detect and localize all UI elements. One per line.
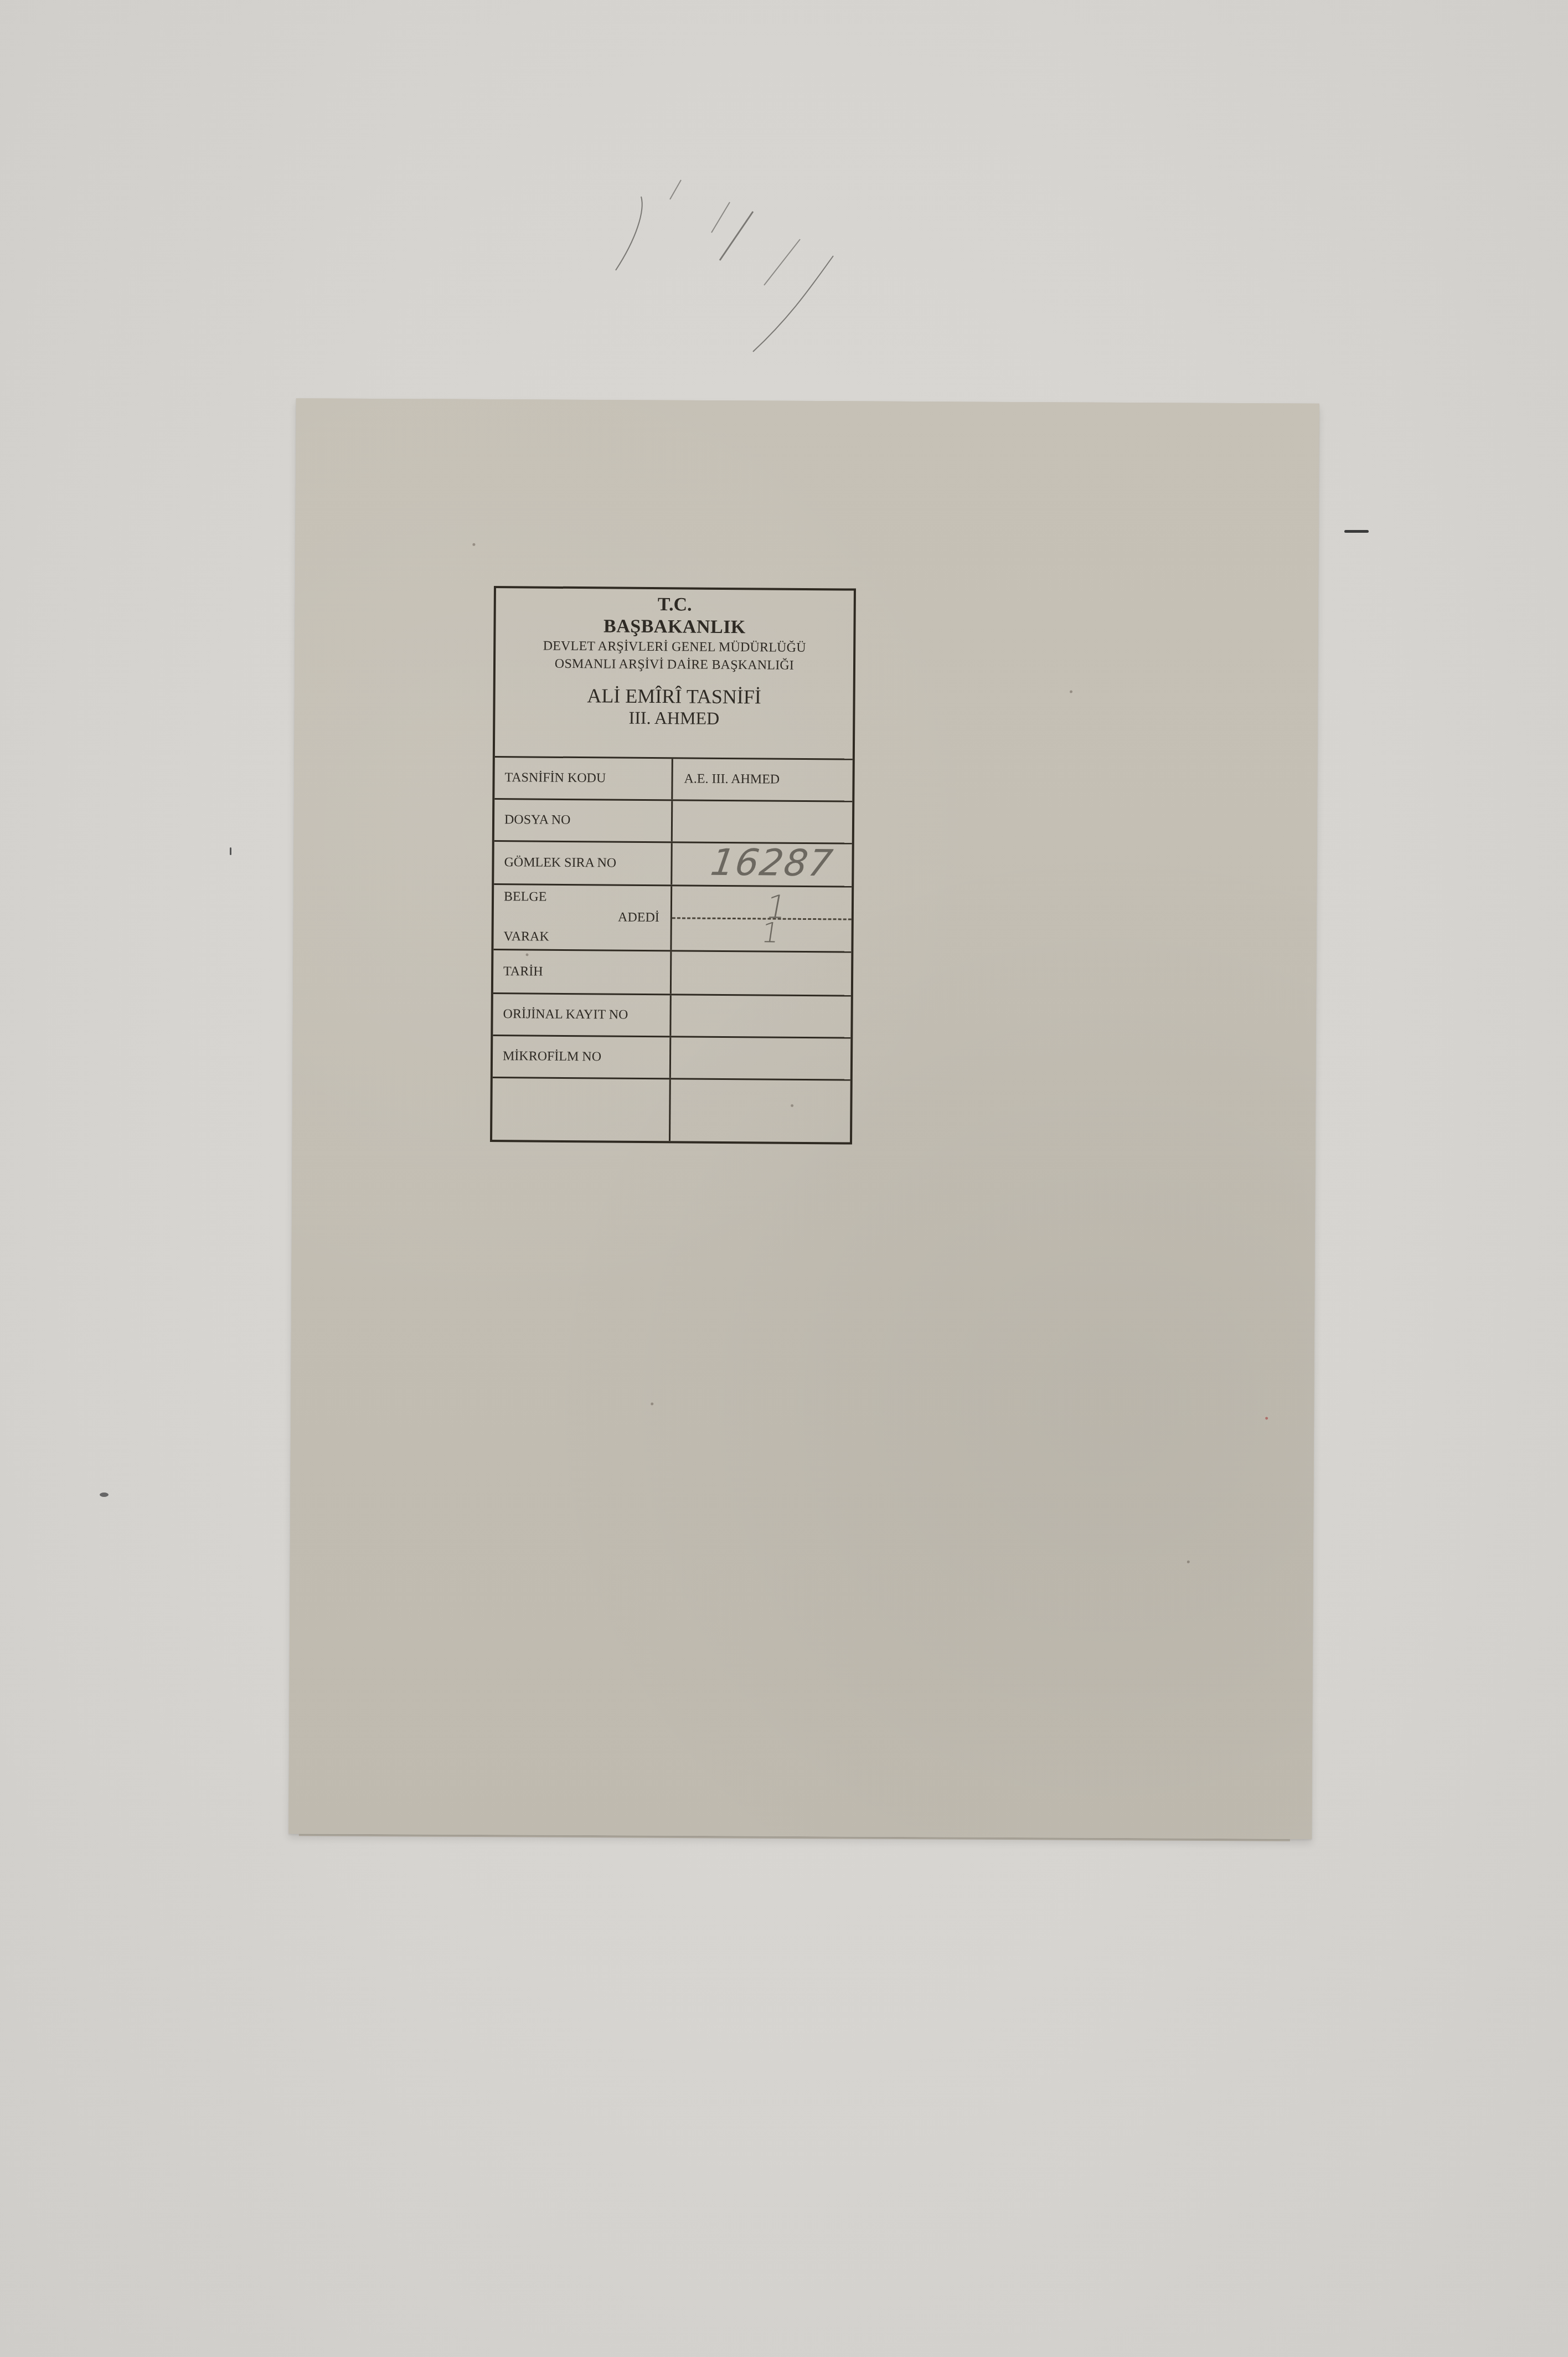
collection-title: ALİ EMÎRÎ TASNİFİ [495,683,853,709]
label-adedi-group: BELGE ADEDİ VARAK [493,885,672,950]
label-tarih: TARİH [493,950,672,994]
value-blank [670,1079,850,1142]
label-gomlek-sira-no: GÖMLEK SIRA NO [494,842,673,884]
label-blank [492,1078,671,1141]
photo-scene: T.C. BAŞBAKANLIK DEVLET ARŞİVLERİ GENEL … [0,0,1568,2357]
archive-record-form: T.C. BAŞBAKANLIK DEVLET ARŞİVLERİ GENEL … [490,586,856,1145]
handwritten-varak-count: 1 [759,917,781,949]
header-directorate: DEVLET ARŞİVLERİ GENEL MÜDÜRLÜĞÜ [496,637,853,657]
value-dosya-no [673,801,853,842]
stray-ink-mark [100,1493,109,1497]
row-tarih: TARİH [493,950,852,997]
row-dosya-no: DOSYA NO [494,800,853,845]
value-orijinal-kayit-no [671,995,851,1037]
label-dosya-no: DOSYA NO [494,800,673,841]
row-blank [492,1078,850,1143]
row-tasnifin-kodu: TASNİFİN KODU A.E. III. AHMED [494,758,853,802]
value-tasnifin-kodu: A.E. III. AHMED [673,759,853,800]
value-gomlek-sira-no: 16287 [672,843,852,886]
label-adedi: ADEDİ [618,910,659,926]
dotted-divider [672,917,852,920]
row-mikrofilm-no: MİKROFİLM NO [493,1036,851,1081]
label-mikrofilm-no: MİKROFİLM NO [493,1036,672,1078]
row-orijinal-kayit-no: ORİJİNAL KAYIT NO [493,994,851,1039]
stray-ink-mark [1344,530,1369,533]
label-varak: VARAK [503,929,549,945]
row-gomlek-sira-no: GÖMLEK SIRA NO 16287 [494,842,852,888]
pencil-scribble-marks [581,177,886,354]
row-adedi: BELGE ADEDİ VARAK 1 1 [493,885,852,953]
value-tarih [672,951,852,995]
form-header: T.C. BAŞBAKANLIK DEVLET ARŞİVLERİ GENEL … [495,588,854,760]
label-belge: BELGE [504,889,547,905]
collection-subtitle: III. AHMED [495,707,853,729]
header-department: OSMANLI ARŞİVİ DAİRE BAŞKANLIĞI [496,655,853,675]
value-mikrofilm-no [671,1037,851,1079]
label-tasnifin-kodu: TASNİFİN KODU [494,758,673,799]
value-adedi: 1 1 [672,886,852,951]
header-ministry: BAŞBAKANLIK [496,615,853,640]
header-tc: T.C. [496,593,854,617]
stray-ink-mark [230,847,231,855]
handwritten-gomlek-number: 16287 [708,841,836,884]
label-orijinal-kayit-no: ORİJİNAL KAYIT NO [493,994,672,1036]
